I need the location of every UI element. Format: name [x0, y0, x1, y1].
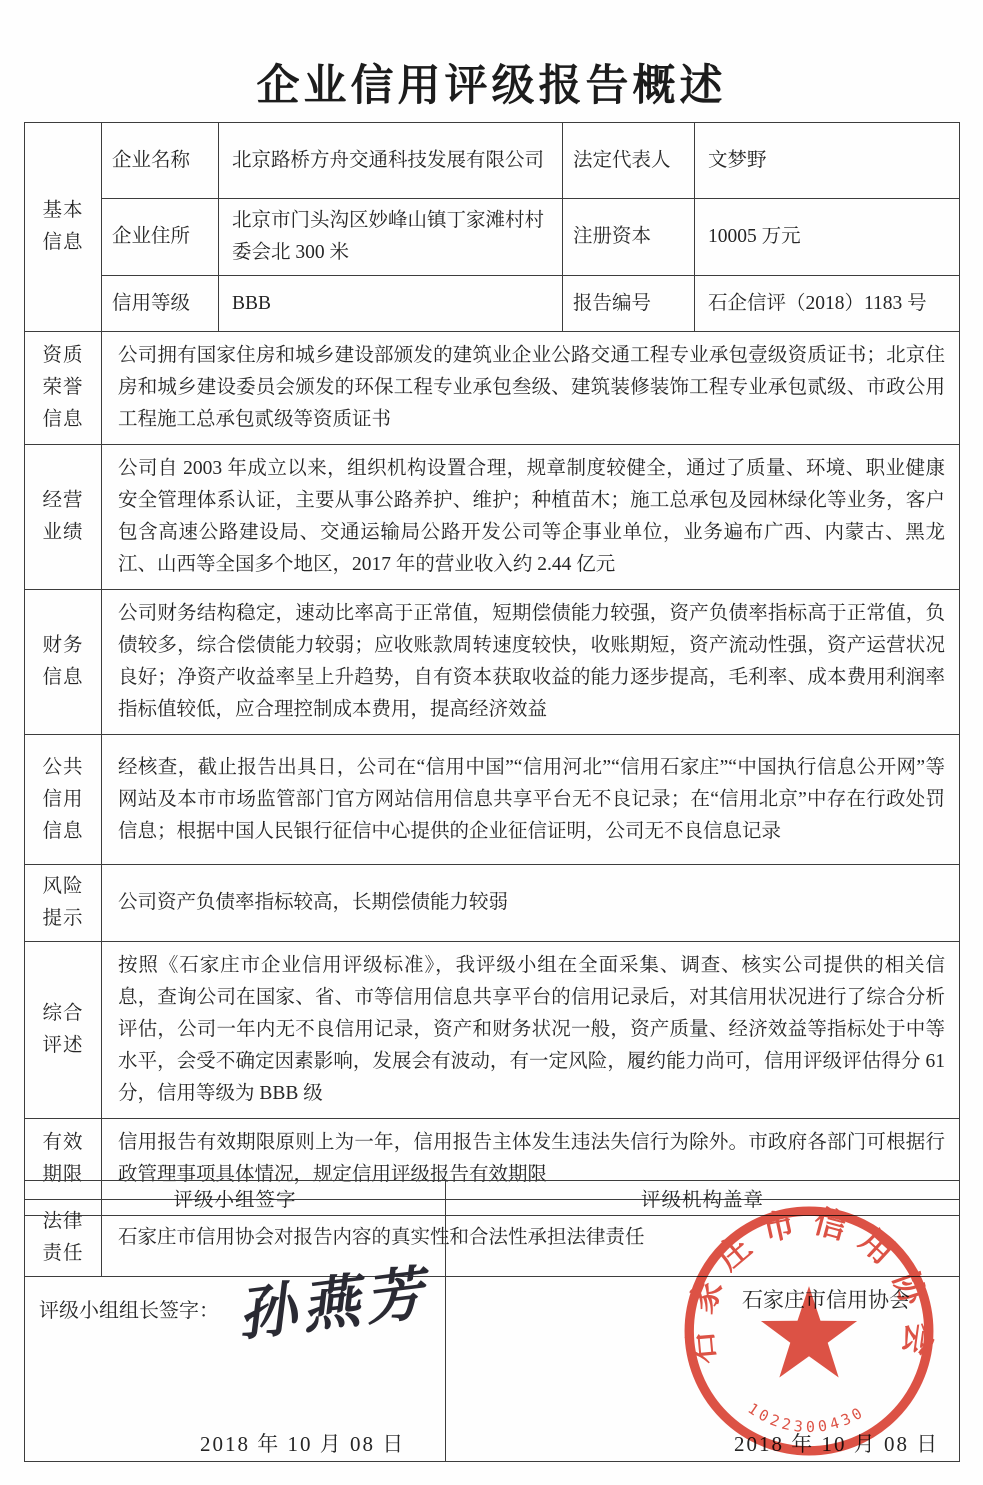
registered-capital-value: 10005 万元	[695, 199, 960, 276]
section-label-risk: 风险提示	[25, 865, 102, 942]
table-row: 经营业绩 公司自 2003 年成立以来，组织机构设置合理，规章制度较健全，通过了…	[25, 445, 960, 590]
section-label-qualifications: 资质荣誉信息	[25, 332, 102, 445]
company-name-value: 北京路桥方舟交通科技发展有限公司	[219, 123, 563, 199]
report-number-label: 报告编号	[563, 276, 695, 332]
signature-stamp-table: 评级小组签字 评级机构盖章 评级小组组长签字： 孙燕芳 2018 年 10 月 …	[24, 1180, 960, 1462]
rating-org-name: 石家庄市信用协会	[742, 1284, 910, 1314]
section-label-finance: 财务信息	[25, 590, 102, 735]
stamp-date: 2018 年 10 月 08 日	[734, 1428, 939, 1458]
sign-header: 评级小组签字	[25, 1181, 446, 1216]
credit-grade-label: 信用等级	[102, 276, 219, 332]
section-content-qualifications: 公司拥有国家住房和城乡建设部颁发的建筑业企业公路交通工程专业承包壹级资质证书；北…	[102, 332, 960, 445]
table-row: 风险提示 公司资产负债率指标较高，长期偿债能力较弱	[25, 865, 960, 942]
report-table: 基本信息 企业名称 北京路桥方舟交通科技发展有限公司 法定代表人 文梦野 企业住…	[24, 122, 960, 1277]
legal-rep-label: 法定代表人	[563, 123, 695, 199]
registered-capital-label: 注册资本	[563, 199, 695, 276]
section-content-finance: 公司财务结构稳定，速动比率高于正常值，短期偿债能力较强，资产负债率指标高于正常值…	[102, 590, 960, 735]
table-row: 综合评述 按照《石家庄市企业信用评级标准》，我评级小组在全面采集、调查、核实公司…	[25, 942, 960, 1119]
signature-date: 2018 年 10 月 08 日	[200, 1428, 405, 1458]
table-row: 财务信息 公司财务结构稳定，速动比率高于正常值，短期偿债能力较强，资产负债率指标…	[25, 590, 960, 735]
report-number-value: 石企信评（2018）1183 号	[695, 276, 960, 332]
page-title: 企业信用评级报告概述	[0, 52, 983, 113]
official-seal-icon: 石家庄市信用协会 1022300430	[678, 1200, 940, 1462]
section-label-summary: 综合评述	[25, 942, 102, 1119]
company-name-label: 企业名称	[102, 123, 219, 199]
legal-rep-value: 文梦野	[695, 123, 960, 199]
table-row: 基本信息 企业名称 北京路桥方舟交通科技发展有限公司 法定代表人 文梦野	[25, 123, 960, 199]
credit-grade-value: BBB	[219, 276, 563, 332]
table-row: 信用等级 BBB 报告编号 石企信评（2018）1183 号	[25, 276, 960, 332]
address-value: 北京市门头沟区妙峰山镇丁家滩村村委会北 300 米	[219, 199, 563, 276]
signer-label: 评级小组组长签字：	[39, 1294, 219, 1323]
table-row: 公共信用信息 经核查，截止报告出具日，公司在“信用中国”“信用河北”“信用石家庄…	[25, 735, 960, 865]
signature-cell: 评级小组组长签字： 孙燕芳 2018 年 10 月 08 日	[25, 1216, 446, 1462]
address-label: 企业住所	[102, 199, 219, 276]
table-row: 企业住所 北京市门头沟区妙峰山镇丁家滩村村委会北 300 米 注册资本 1000…	[25, 199, 960, 276]
section-label-public-credit: 公共信用信息	[25, 735, 102, 865]
stamp-cell: 石家庄市信用协会 2018 年 10 月 08 日 石家庄市信用协会	[446, 1216, 960, 1462]
section-content-public-credit: 经核查，截止报告出具日，公司在“信用中国”“信用河北”“信用石家庄”“中国执行信…	[102, 735, 960, 865]
stamp-header: 评级机构盖章	[446, 1181, 960, 1216]
basic-info-group-label: 基本信息	[25, 123, 102, 332]
table-row: 资质荣誉信息 公司拥有国家住房和城乡建设部颁发的建筑业企业公路交通工程专业承包壹…	[25, 332, 960, 445]
table-row: 评级小组组长签字： 孙燕芳 2018 年 10 月 08 日 石家庄市信用协会 …	[25, 1216, 960, 1462]
section-content-summary: 按照《石家庄市企业信用评级标准》，我评级小组在全面采集、调查、核实公司提供的相关…	[102, 942, 960, 1119]
credit-report-page: 企业信用评级报告概述 基本信息 企业名称 北京路桥方舟交通科技发展有限公司 法定…	[0, 0, 983, 1485]
section-content-risk: 公司资产负债率指标较高，长期偿债能力较弱	[102, 865, 960, 942]
table-row: 评级小组签字 评级机构盖章	[25, 1181, 960, 1216]
section-label-business: 经营业绩	[25, 445, 102, 590]
handwritten-signature: 孙燕芳	[238, 1243, 439, 1352]
section-content-business: 公司自 2003 年成立以来，组织机构设置合理，规章制度较健全，通过了质量、环境…	[102, 445, 960, 590]
